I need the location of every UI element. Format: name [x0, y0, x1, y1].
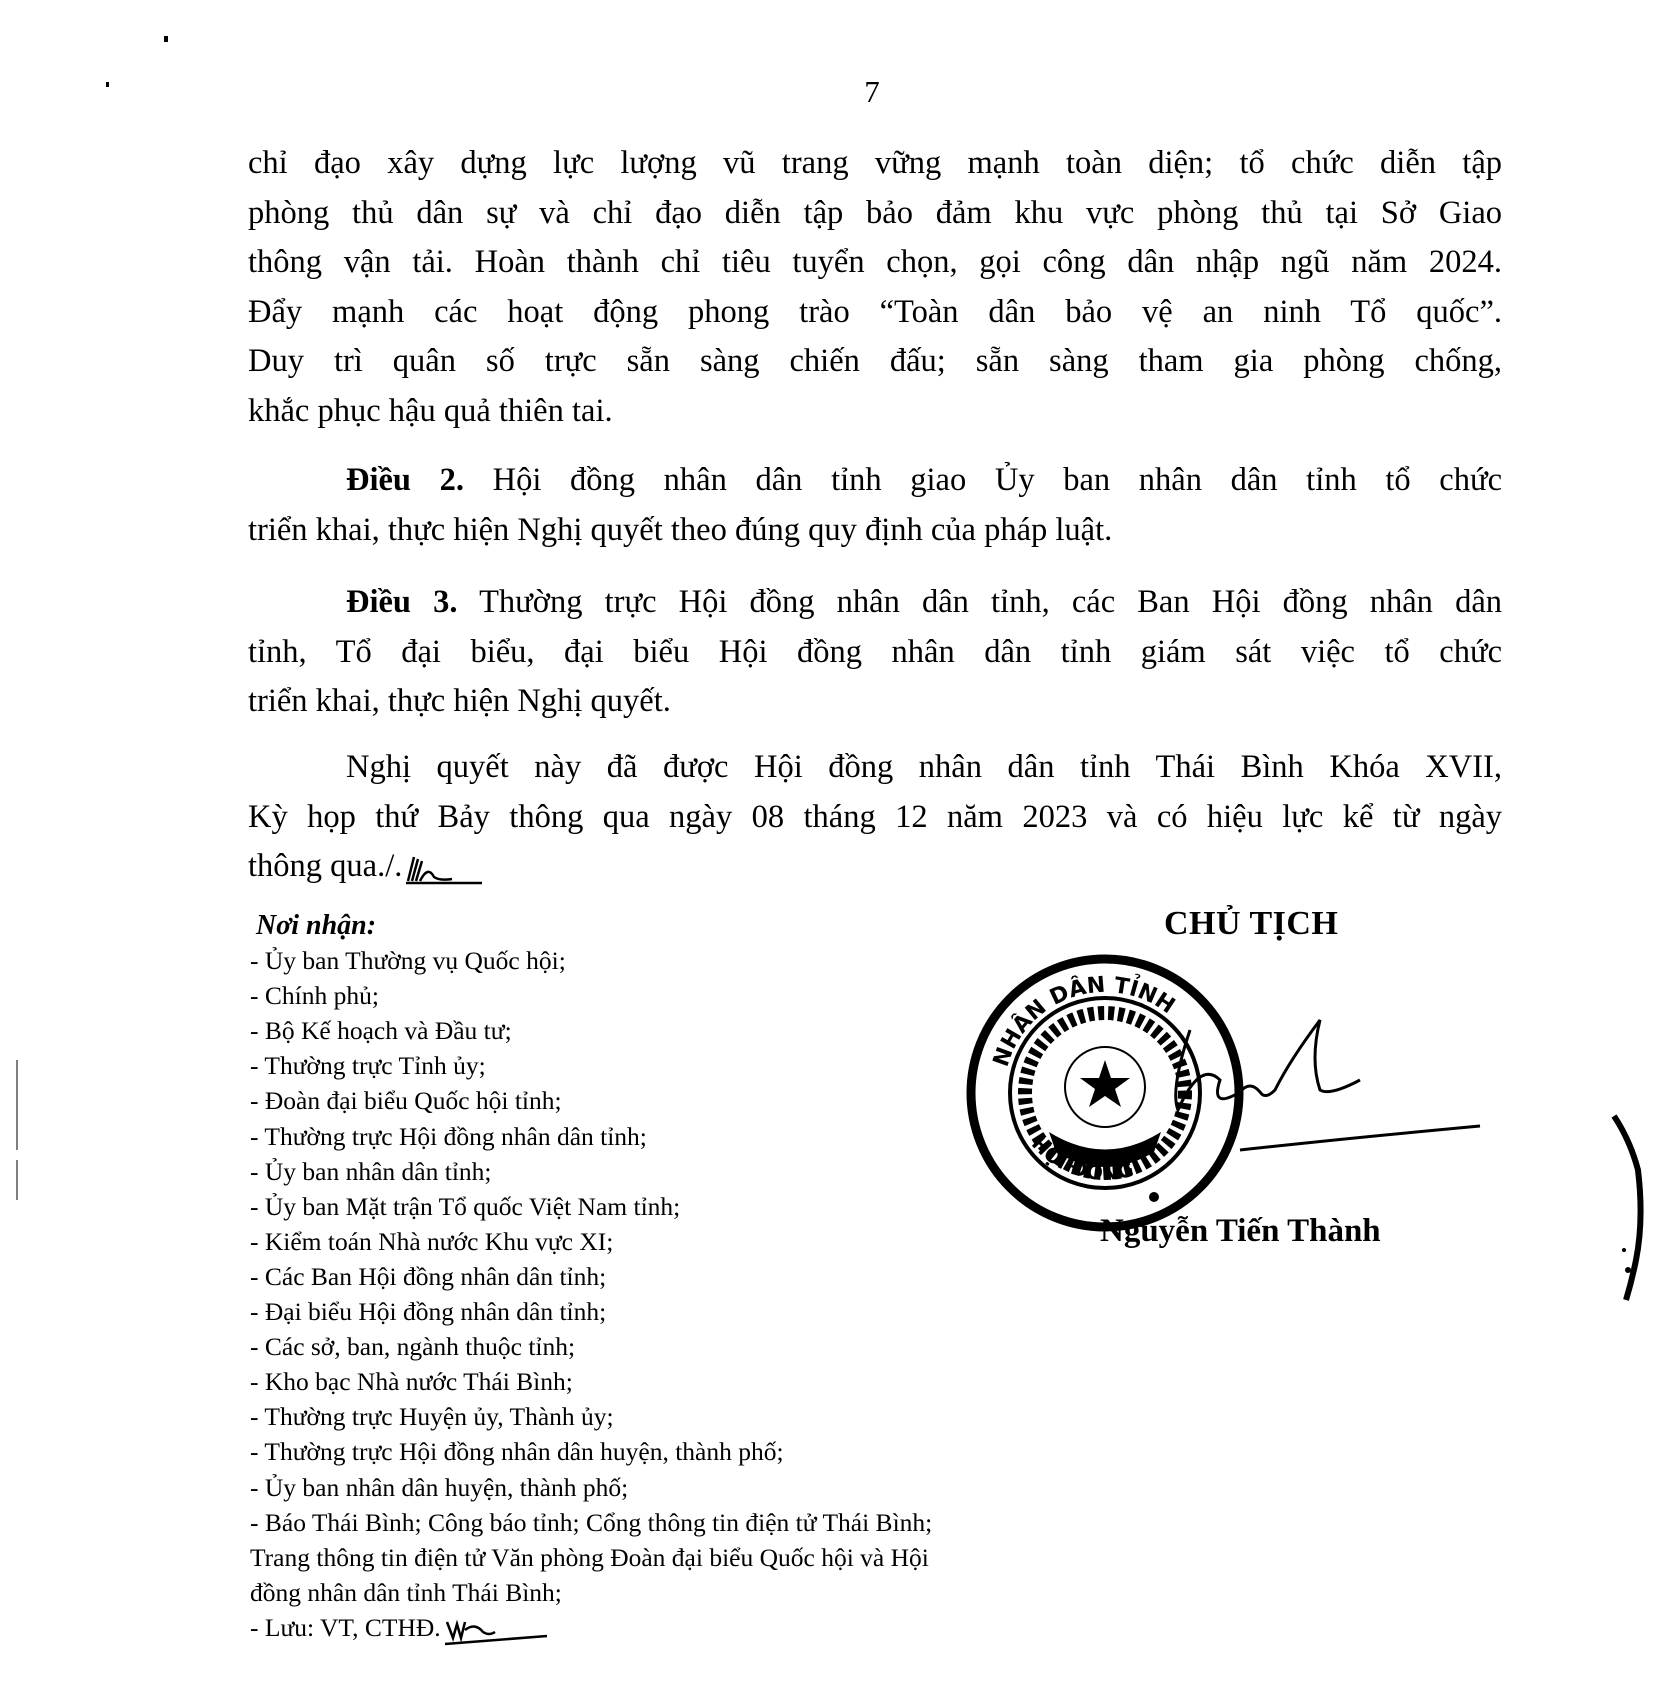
recipient-item: - Các sở, ban, ngành thuộc tỉnh; — [250, 1329, 950, 1364]
recipient-item: - Thường trực Hội đồng nhân dân huyện, t… — [250, 1434, 950, 1469]
text-line: khắc phục hậu quả thiên tai. — [248, 387, 1502, 437]
text-line: triển khai, thực hiện Nghị quyết. — [248, 677, 1502, 727]
initials-icon — [443, 1612, 553, 1648]
recipient-item: - Kho bạc Nhà nước Thái Bình; — [250, 1364, 950, 1399]
recipient-item: - Đoàn đại biểu Quốc hội tỉnh; — [250, 1083, 950, 1118]
text-line: Nghị quyết này đã được Hội đồng nhân dân… — [248, 743, 1502, 793]
recipient-item: - Chính phủ; — [250, 978, 950, 1013]
article-3-label: Điều 3. — [346, 584, 458, 620]
scan-speck — [16, 1060, 18, 1150]
recipient-item: - Thường trực Huyện ủy, Thành ủy; — [250, 1399, 950, 1434]
recipient-item: - Ủy ban nhân dân tỉnh; — [250, 1154, 950, 1189]
recipient-item: - Đại biểu Hội đồng nhân dân tỉnh; — [250, 1294, 950, 1329]
article-3: Điều 3. Thường trực Hội đồng nhân dân tỉ… — [248, 578, 1502, 727]
text-line: tỉnh, Tổ đại biểu, đại biểu Hội đồng nhâ… — [248, 628, 1502, 678]
recipient-item: - Ủy ban Thường vụ Quốc hội; — [250, 943, 950, 978]
recipient-item: - Thường trực Tỉnh ủy; — [250, 1048, 950, 1083]
scan-speck — [164, 36, 168, 42]
handwritten-signature-icon — [1150, 1000, 1490, 1160]
recipient-item: - Các Ban Hội đồng nhân dân tỉnh; — [250, 1259, 950, 1294]
text-line: phòng thủ dân sự và chỉ đạo diễn tập bảo… — [248, 189, 1502, 239]
recipient-item: - Ủy ban nhân dân huyện, thành phố; — [250, 1470, 950, 1505]
paragraph-continuation: chỉ đạo xây dựng lực lượng vũ trang vững… — [248, 139, 1502, 436]
article-2-label: Điều 2. — [346, 462, 464, 498]
text-line: triển khai, thực hiện Nghị quyết theo đú… — [248, 506, 1502, 556]
text-line: thông qua./. — [248, 842, 1502, 892]
scan-edge-artifact — [1600, 1110, 1654, 1310]
article-2-text: Hội đồng nhân dân tỉnh giao Ủy ban nhân … — [464, 462, 1502, 498]
recipient-item: - Ủy ban Mặt trận Tổ quốc Việt Nam tỉnh; — [250, 1189, 950, 1224]
scan-speck — [16, 1160, 18, 1200]
recipient-item: - Lưu: VT, CTHĐ. — [250, 1610, 950, 1648]
text-line: Đẩy mạnh các hoạt động phong trào “Toàn … — [248, 288, 1502, 338]
text-line: thông vận tải. Hoàn thành chỉ tiêu tuyển… — [248, 238, 1502, 288]
closing-text: thông qua./. — [248, 848, 402, 884]
recipients-heading: Nơi nhận: — [250, 908, 950, 943]
recipient-item: - Kiểm toán Nhà nước Khu vực XI; — [250, 1224, 950, 1259]
signatory-title: CHỦ TỊCH — [1164, 905, 1338, 943]
text-line: Kỳ họp thứ Bảy thông qua ngày 08 tháng 1… — [248, 793, 1502, 843]
initials-icon — [404, 851, 484, 887]
recipient-item: - Báo Thái Bình; Công báo tỉnh; Cổng thô… — [250, 1505, 940, 1610]
recipient-item: - Thường trực Hội đồng nhân dân tỉnh; — [250, 1119, 950, 1154]
text-line: Điều 3. Thường trực Hội đồng nhân dân tỉ… — [248, 578, 1502, 628]
text-line: chỉ đạo xây dựng lực lượng vũ trang vững… — [248, 139, 1502, 189]
archive-text: - Lưu: VT, CTHĐ. — [250, 1613, 441, 1642]
signatory-name: Nguyễn Tiến Thành — [1100, 1213, 1381, 1250]
article-2: Điều 2. Hội đồng nhân dân tỉnh giao Ủy b… — [248, 456, 1502, 555]
page-number: 7 — [0, 74, 1654, 110]
article-3-text: Thường trực Hội đồng nhân dân tỉnh, các … — [458, 584, 1502, 620]
recipients-list: Nơi nhận: - Ủy ban Thường vụ Quốc hội; -… — [250, 908, 950, 1648]
text-line: Duy trì quân số trực sẵn sàng chiến đấu;… — [248, 337, 1502, 387]
text-line: Điều 2. Hội đồng nhân dân tỉnh giao Ủy b… — [248, 456, 1502, 506]
recipient-item: - Bộ Kế hoạch và Đầu tư; — [250, 1013, 950, 1048]
closing-paragraph: Nghị quyết này đã được Hội đồng nhân dân… — [248, 743, 1502, 892]
